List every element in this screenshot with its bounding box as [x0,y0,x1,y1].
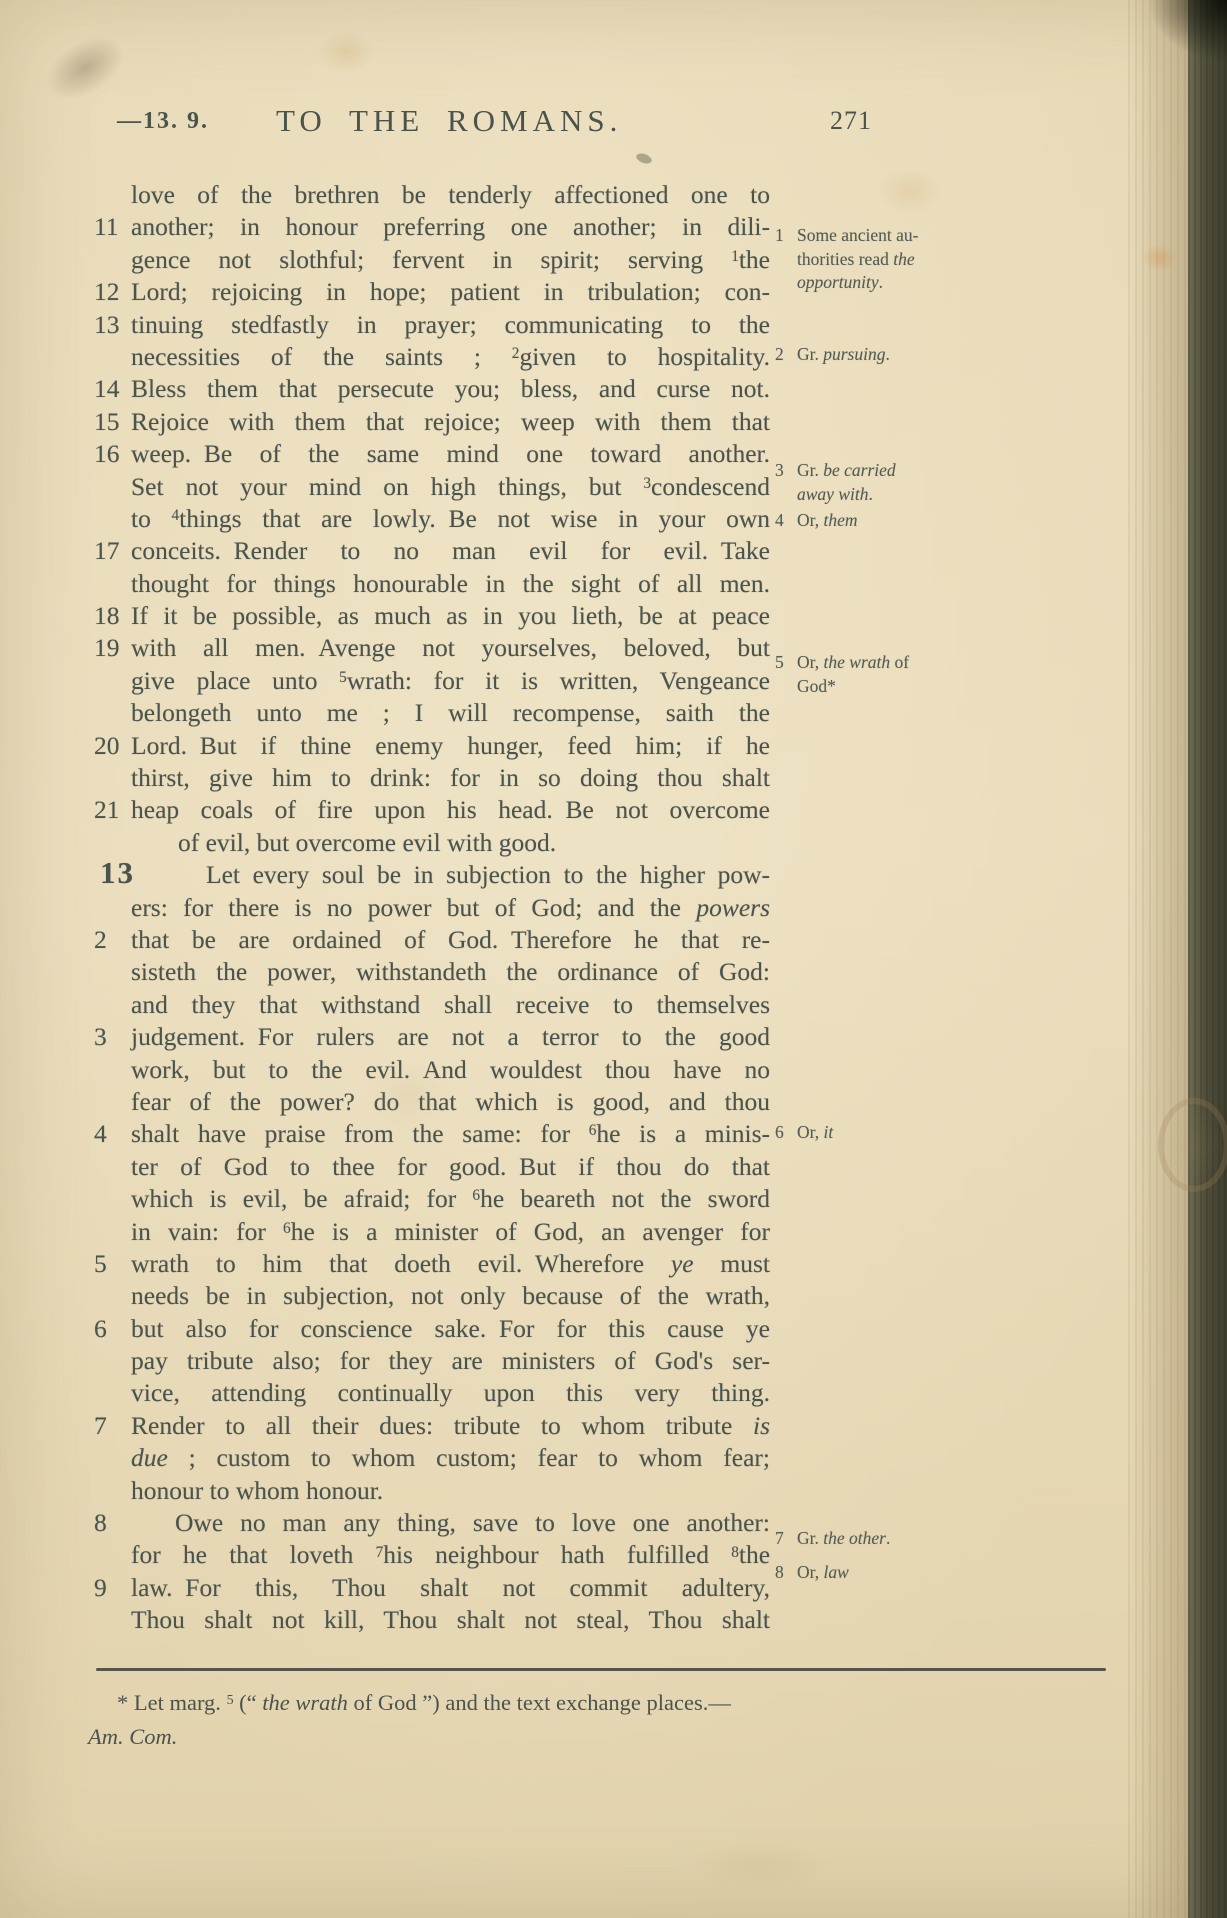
scripture-line: Thou shalt not kill, Thou shalt not stea… [94,1604,770,1636]
scripture-line: love of the brethren be tenderly affecti… [94,179,770,211]
verse-number: 5 [94,1248,126,1280]
scripture-line: pay tribute also; for they are ministers… [94,1345,770,1377]
scripture-line-text: vice, attending continually upon this ve… [131,1378,770,1407]
margin-note-text: Or, them [797,509,993,533]
scripture-line-text: that be are ordained of God. Therefore h… [131,925,770,954]
scripture-line-text: conceits. Render to no man evil for evil… [131,536,770,565]
scripture-line: Set not your mind on high things, but 3c… [94,471,770,503]
scripture-line-text: in vain: for 6he is a minister of God, a… [131,1217,770,1246]
scripture-line-text: thought for things honourable in the sig… [131,569,770,598]
margin-note-number: 7 [775,1527,797,1551]
scripture-line: belongeth unto me ; I will recompense, s… [94,697,770,729]
chapter-number: 13 [100,857,135,889]
scripture-line: 9law. For this, Thou shalt not commit ad… [94,1572,770,1604]
margin-note-number: 8 [775,1561,797,1585]
scripture-line-text: another; in honour preferring one anothe… [131,212,770,241]
footnote-attribution: Am. Com. [88,1724,177,1750]
book-edge-dark-band [1188,0,1227,1918]
scripture-line: sisteth the power, withstandeth the ordi… [94,956,770,988]
scripture-line: 20Lord. But if thine enemy hunger, feed … [94,730,770,762]
verse-number: 15 [94,406,126,438]
verse-number: 12 [94,276,126,308]
verse-number: 17 [94,535,126,567]
verse-number: 18 [94,600,126,632]
scripture-line-text: sisteth the power, withstandeth the ordi… [131,957,770,986]
verse-number: 8 [94,1507,126,1539]
scripture-line-text: ers: for there is no power but of God; a… [131,893,770,922]
verse-number: 9 [94,1572,126,1604]
margin-note-text: Gr. pursuing. [797,343,993,367]
scripture-line: to 4things that are lowly. Be not wise i… [94,503,770,535]
scripture-line: honour to whom honour. [94,1475,770,1507]
scripture-line-text: to 4things that are lowly. Be not wise i… [131,504,770,533]
scripture-line: 6but also for conscience sake. For for t… [94,1313,770,1345]
scripture-line-text: honour to whom honour. [131,1476,383,1505]
margin-note: 8Or, law [775,1561,993,1585]
margin-note-text: Gr. be carriedaway with. [797,459,993,506]
margin-note: 6Or, it [775,1121,993,1145]
scan-corner-shadow [1137,0,1227,70]
scripture-line: for he that loveth 7his neighbour hath f… [94,1539,770,1571]
paper-stain [635,152,653,166]
margin-note-number: 4 [775,509,797,533]
scripture-line: 5wrath to him that doeth evil. Wherefore… [94,1248,770,1280]
paper-stain [690,1840,830,1894]
scripture-line: 7Render to all their dues: tribute to wh… [94,1410,770,1442]
scripture-line-text: Lord; rejoicing in hope; patient in trib… [131,277,770,306]
scripture-line: thought for things honourable in the sig… [94,568,770,600]
verse-number: 16 [94,438,126,470]
scripture-line-text: of evil, but overcome evil with good. [178,828,556,857]
margin-note-text: Some ancient au-thorities read theopport… [797,224,993,295]
scripture-line-text: for he that loveth 7his neighbour hath f… [131,1540,770,1569]
scripture-line-text: Rejoice with them that rejoice; weep wit… [131,407,770,436]
scripture-line: in vain: for 6he is a minister of God, a… [94,1216,770,1248]
scripture-line: give place unto 5wrath: for it is writte… [94,665,770,697]
scripture-line: 3judgement. For rulers are not a terror … [94,1021,770,1053]
margin-note-text: Gr. the other. [797,1527,993,1551]
verse-number: 19 [94,632,126,664]
scripture-line-text: work, but to the evil. And wouldest thou… [131,1055,770,1084]
scripture-line-text: tinuing stedfastly in prayer; communicat… [131,310,770,339]
header-title: TO THE ROMANS. [276,103,622,139]
scripture-line: 21heap coals of fire upon his head. Be n… [94,794,770,826]
scripture-line: fear of the power? do that which is good… [94,1086,770,1118]
footnote-text: * Let marg. 5 (“ the wrath of God ”) and… [96,1690,1106,1716]
scripture-line-text: Thou shalt not kill, Thou shalt not stea… [131,1605,770,1634]
margin-note: 7Gr. the other. [775,1527,993,1551]
scripture-line: needs be in subjection, not only because… [94,1280,770,1312]
scripture-line: 16weep. Be of the same mind one toward a… [94,438,770,470]
verse-number: 21 [94,794,126,826]
verse-number: 20 [94,730,126,762]
paper-stain [35,23,135,113]
scripture-line: due ; custom to whom custom; fear to who… [94,1442,770,1474]
verse-number: 2 [94,924,126,956]
margin-note: 4Or, them [775,509,993,533]
scripture-line-text: belongeth unto me ; I will recompense, s… [131,698,770,727]
margin-note-text: Or, it [797,1121,993,1145]
book-page: —13. 9. TO THE ROMANS. 271 love of the b… [0,0,1227,1918]
footnote-divider [96,1668,1106,1671]
scripture-line-text: due ; custom to whom custom; fear to who… [131,1443,770,1472]
scripture-line: and they that withstand shall receive to… [94,989,770,1021]
scripture-line-text: Owe no man any thing, save to love one a… [175,1508,770,1537]
margin-note-number: 1 [775,224,797,295]
scripture-line-text: needs be in subjection, not only because… [131,1281,770,1310]
paper-stain [318,30,374,74]
verse-number: 3 [94,1021,126,1053]
scripture-line-text: shalt have praise from the same: for 6he… [131,1119,770,1148]
page-number: 271 [830,106,872,136]
margin-note-text: Or, the wrath ofGod* [797,651,993,698]
header-reference: —13. 9. [117,108,209,135]
scripture-line-text: give place unto 5wrath: for it is writte… [131,666,770,695]
scripture-line-text: If it be possible, as much as in you lie… [131,601,770,630]
scripture-line-text: Set not your mind on high things, but 3c… [131,472,770,501]
scripture-line: thirst, give him to drink: for in so doi… [94,762,770,794]
scripture-line: 8Owe no man any thing, save to love one … [94,1507,770,1539]
scripture-line-text: necessities of the saints ; 2given to ho… [131,342,770,371]
scripture-line-text: Render to all their dues: tribute to who… [131,1411,770,1440]
scripture-line-text: and they that withstand shall receive to… [131,990,770,1019]
verse-number: 13 [94,309,126,341]
scripture-line-text: thirst, give him to drink: for in so doi… [131,763,770,792]
scripture-line: vice, attending continually upon this ve… [94,1377,770,1409]
margin-note-number: 5 [775,651,797,698]
scripture-line-text: wrath to him that doeth evil. Wherefore … [131,1249,770,1278]
scripture-line-text: with all men. Avenge not yourselves, bel… [131,633,770,662]
scripture-line: work, but to the evil. And wouldest thou… [94,1054,770,1086]
scripture-line: ers: for there is no power but of God; a… [94,892,770,924]
scripture-line-text: Bless them that persecute you; bless, an… [131,374,770,403]
paper-stain [878,168,942,214]
margin-note: 5Or, the wrath ofGod* [775,651,993,698]
verse-number: 7 [94,1410,126,1442]
page-edge-shading [1128,0,1190,1918]
margin-note-number: 2 [775,343,797,367]
verse-number: 4 [94,1118,126,1150]
scripture-line-text: heap coals of fire upon his head. Be not… [131,795,770,824]
scripture-line: which is evil, be afraid; for 6he bearet… [94,1183,770,1215]
scripture-line: necessities of the saints ; 2given to ho… [94,341,770,373]
scripture-line-text: gence not slothful; fervent in spirit; s… [131,245,770,274]
scripture-line: 12Lord; rejoicing in hope; patient in tr… [94,276,770,308]
scripture-line: 2that be are ordained of God. Therefore … [94,924,770,956]
scripture-line-text: ter of God to thee for good. But if thou… [131,1152,770,1181]
scripture-line: gence not slothful; fervent in spirit; s… [94,244,770,276]
scripture-line: 13Let every soul be in subjection to the… [94,859,770,891]
scripture-line: 14Bless them that persecute you; bless, … [94,373,770,405]
scripture-line: of evil, but overcome evil with good. [94,827,770,859]
scripture-line-text: fear of the power? do that which is good… [131,1087,770,1116]
scripture-line-text: weep. Be of the same mind one toward ano… [131,439,770,468]
margin-note: 2Gr. pursuing. [775,343,993,367]
scripture-line-text: love of the brethren be tenderly affecti… [131,180,770,209]
margin-note-number: 3 [775,459,797,506]
scripture-line: 11another; in honour preferring one anot… [94,211,770,243]
scripture-line: 17conceits. Render to no man evil for ev… [94,535,770,567]
margin-note-number: 6 [775,1121,797,1145]
verse-number: 14 [94,373,126,405]
scripture-line-text: Lord. But if thine enemy hunger, feed hi… [131,731,770,760]
scripture-line: 4shalt have praise from the same: for 6h… [94,1118,770,1150]
scripture-line-text: law. For this, Thou shalt not commit adu… [131,1573,770,1602]
scripture-line: 13tinuing stedfastly in prayer; communic… [94,309,770,341]
scripture-line-text: judgement. For rulers are not a terror t… [131,1022,770,1051]
verse-number: 11 [94,211,126,243]
scripture-line-text: which is evil, be afraid; for 6he bearet… [131,1184,770,1213]
scripture-line: 19with all men. Avenge not yourselves, b… [94,632,770,664]
verse-number: 6 [94,1313,126,1345]
scripture-line-text: but also for conscience sake. For for th… [131,1314,770,1343]
margin-note-text: Or, law [797,1561,993,1585]
margin-note: 1Some ancient au-thorities read theoppor… [775,224,993,295]
margin-note: 3Gr. be carriedaway with. [775,459,993,506]
scripture-line-text: pay tribute also; for they are ministers… [131,1346,770,1375]
scripture-line: 15Rejoice with them that rejoice; weep w… [94,406,770,438]
scripture-text-column: love of the brethren be tenderly affecti… [94,179,770,1637]
scripture-line: 18If it be possible, as much as in you l… [94,600,770,632]
scripture-line-text: Let every soul be in subjection to the h… [206,860,770,889]
scripture-line: ter of God to thee for good. But if thou… [94,1151,770,1183]
